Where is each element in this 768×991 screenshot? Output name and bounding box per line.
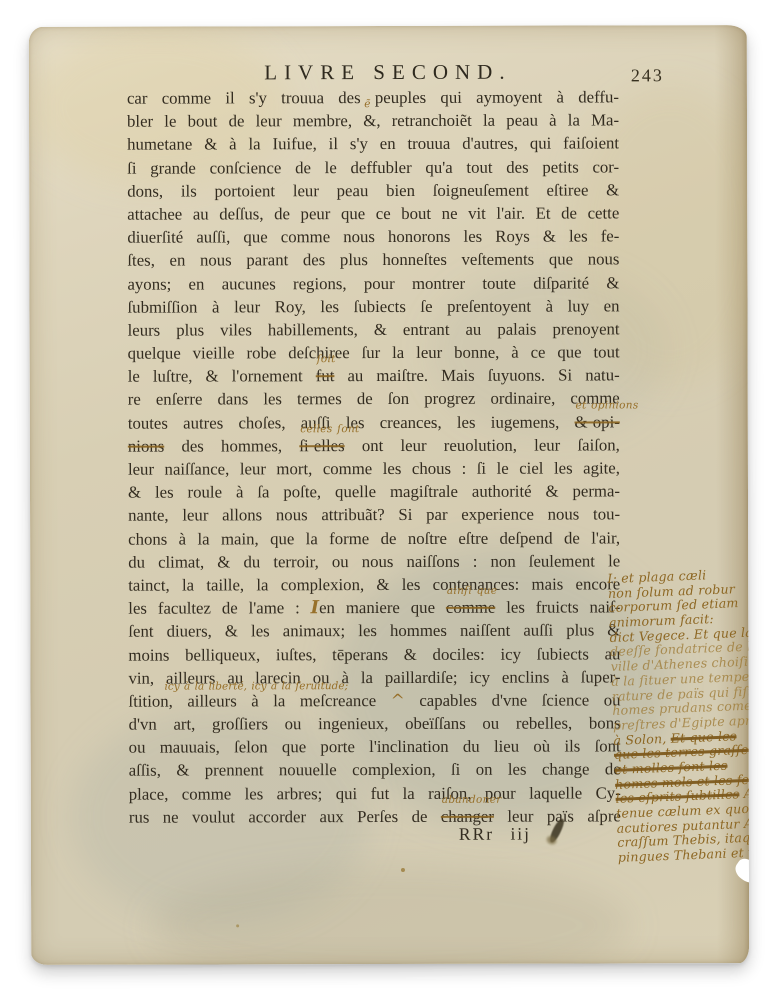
printed-text: ayons; en aucunes regions, pour montrer … — [127, 273, 619, 293]
printed-text: car comme il s'y trouua des peuples qui … — [127, 87, 619, 107]
printed-text: des hommes, — [164, 436, 299, 455]
text-line: rus ne voulut accorder aux Perſes de aba… — [129, 804, 621, 828]
text-line: le luſtre, & l'ornement ſoitfut au maiſt… — [128, 364, 620, 388]
printed-text: aſſis, & prennent nouuelle complexion, ſ… — [129, 760, 621, 780]
text-line: nante, leur allons nous attribuãt? Si pa… — [128, 503, 620, 527]
printed-text: ſi grande conſcience de le deffubler qu'… — [127, 157, 619, 177]
struck-printed-word: comme — [446, 598, 495, 617]
handwritten-margin-annotations: I: et plaga cælinon ſolum ad roburcorpor… — [607, 565, 749, 866]
corrected-word: celles ſontſi elles — [299, 434, 344, 457]
handwritten-correction: ẽ — [364, 99, 371, 109]
handwritten-mark: ^ — [391, 690, 405, 710]
text-line: attachee au deſſus, de peur que ce bout … — [127, 201, 619, 225]
printed-text: moins belliqueux, iuſtes, tēperans & doc… — [128, 644, 620, 664]
handwritten-correction: ſoit — [317, 354, 336, 364]
text-line: aſſis, & prennent nouuelle complexion, ſ… — [129, 758, 621, 782]
page-number: 243 — [631, 65, 664, 86]
printed-text: nante, leur allons nous attribuãt? Si pa… — [128, 505, 620, 525]
printed-text: dons, ils portoient leur peau bien ſoign… — [127, 180, 619, 200]
printed-text: bler le bout de leur membre, — [127, 111, 363, 131]
printed-text: quelque vieille robe deſchiree ſur la le… — [128, 342, 620, 362]
printed-text: retranchoiẽt la peau à la Ma- — [380, 111, 619, 131]
printed-text: ſtition, ailleurs à la meſcreance — [129, 691, 391, 711]
printed-text: ont leur reuolution, leur ſaiſon, — [345, 435, 620, 455]
printed-text: les facultez de l'ame : — [128, 598, 310, 617]
text-line: tainct, la taille, la complexion, & les … — [128, 572, 620, 596]
handwritten-correction: et opinions — [575, 400, 638, 410]
printed-text: rus ne voulut accorder aux Perſes de — [129, 807, 441, 827]
text-line: car comme il s'y trouua des peuples qui … — [127, 85, 619, 109]
text-line: diuerſité auſſi, que comme nous honorons… — [127, 225, 619, 249]
insertion-mark: I — [311, 597, 319, 618]
text-line: du climat, & du terroir, ou nous naiſſon… — [128, 549, 620, 573]
struck-printed-word: ſi elles — [299, 436, 344, 455]
printed-text: diuerſité auſſi, que comme nous honorons… — [127, 227, 619, 247]
text-line: re enſerre dans les termes de ſon progre… — [128, 387, 620, 411]
printed-text: leur naiſſance, leur mort, comme les cho… — [128, 458, 620, 478]
printed-text: leurs plus viles habillements, & entrant… — [128, 319, 620, 339]
printed-word: &, — [363, 111, 380, 130]
printed-text: le luſtre, & l'ornement — [128, 366, 316, 385]
printed-text: attachee au deſſus, de peur que ce bout … — [127, 203, 619, 223]
text-line: icy à la liberté, icy à la ſeruitude;ſti… — [129, 688, 621, 712]
text-line: leur naiſſance, leur mort, comme les cho… — [128, 456, 620, 480]
text-line: & les roule à ſa poſte, quelle magiſtral… — [128, 480, 620, 504]
text-line: place, comme les arbres; qui fut la raiſ… — [129, 781, 621, 805]
text-line: d'vn art, groſſiers ou ingenieux, obeïſſ… — [129, 711, 621, 735]
printed-text: ſtes, en nous parant des plus honneſtes … — [127, 250, 619, 270]
struck-printed-word: & opi- — [575, 412, 620, 431]
text-line: humetane & à la Iuifue, il s'y en trouua… — [127, 132, 619, 156]
printed-text: re enſerre dans les termes de ſon progre… — [128, 389, 620, 409]
text-line: les facultez de l'ame : Ien maniere que … — [128, 596, 620, 620]
printed-text: chons à la main, que la forme de noſtre … — [128, 528, 620, 548]
printed-text: les fruicts naiſ- — [495, 598, 620, 617]
corrected-word: ainſi quecomme — [446, 596, 495, 619]
text-line: toutes autres choſes, auſſi les creances… — [128, 410, 620, 434]
text-line: ſent diuers, & les animaux; les hommes n… — [128, 619, 620, 643]
scanned-book-photo: LIVRE SECOND. 243 car comme il s'y trouu… — [0, 0, 768, 991]
text-line: ſubmiſſion à leur Roy, les ſubiects ſe p… — [127, 294, 619, 318]
handwritten-correction: ainſi que — [447, 586, 497, 596]
text-line: nions des hommes, celles ſontſi elles on… — [128, 433, 620, 457]
handwritten-correction: abandoner — [442, 795, 502, 805]
printed-text: au maiſtre. Mais ſuyuons. Si natu- — [334, 366, 619, 386]
text-line: ayons; en aucunes regions, pour montrer … — [127, 271, 619, 295]
printed-text: Athenis — [739, 785, 749, 802]
body-text: car comme il s'y trouua des peuples qui … — [127, 85, 621, 828]
text-line: quelque vieille robe deſchiree ſur la le… — [128, 340, 620, 364]
handwritten-interline-note: icy à la liberté, icy à la ſeruitude; — [164, 681, 348, 691]
printed-text: en maniere que — [319, 598, 446, 617]
printed-text: & les roule à ſa poſte, quelle magiſtral… — [128, 482, 620, 502]
text-line: ſtes, en nous parant des plus honneſtes … — [127, 248, 619, 272]
paper-mottling — [151, 865, 631, 965]
printed-text: d'vn art, groſſiers ou ingenieux, obeïſſ… — [129, 713, 621, 733]
text-line: leurs plus viles habillements, & entrant… — [128, 317, 620, 341]
struck-printed-text: nions — [128, 436, 164, 455]
printed-text: ou mauuais, ſelon que porte l'inclinatio… — [129, 737, 621, 757]
page-photo: LIVRE SECOND. 243 car comme il s'y trouu… — [29, 25, 749, 965]
signature-mark: RRr iij — [459, 824, 531, 845]
text-line: ſi grande conſcience de le deffubler qu'… — [127, 155, 619, 179]
text-line: moins belliqueux, iuſtes, tēperans & doc… — [128, 642, 620, 666]
text-line: ou mauuais, ſelon que porte l'inclinatio… — [129, 735, 621, 759]
printed-text: ſubmiſſion à leur Roy, les ſubiects ſe p… — [127, 296, 619, 316]
printed-text: du climat, & du terroir, ou nous naiſſon… — [128, 551, 620, 571]
printed-text: capables d'vne ſcience ou — [405, 690, 621, 710]
paper-speck — [401, 868, 405, 872]
corrected-word: ſoitfut — [316, 364, 335, 387]
text-line: bler le bout de leur membre, ẽ&, retranc… — [127, 109, 619, 133]
corrected-word: ẽ&, — [363, 109, 380, 132]
printed-text: ſent diuers, & les animaux; les hommes n… — [128, 621, 620, 641]
corrected-word: et opinions& opi- — [574, 410, 619, 433]
paper-speck — [236, 924, 239, 927]
handwritten-correction: celles ſont — [300, 424, 359, 434]
printed-text: humetane & à la Iuifue, il s'y en trouua… — [127, 134, 619, 154]
text-line: chons à la main, que la forme de noſtre … — [128, 526, 620, 550]
printed-text: tainct, la taille, la complexion, & les … — [128, 574, 620, 594]
printed-text: place, comme les arbres; qui fut la raiſ… — [129, 783, 621, 803]
text-line: dons, ils portoient leur peau bien ſoign… — [127, 178, 619, 202]
struck-printed-word: fut — [316, 366, 335, 385]
